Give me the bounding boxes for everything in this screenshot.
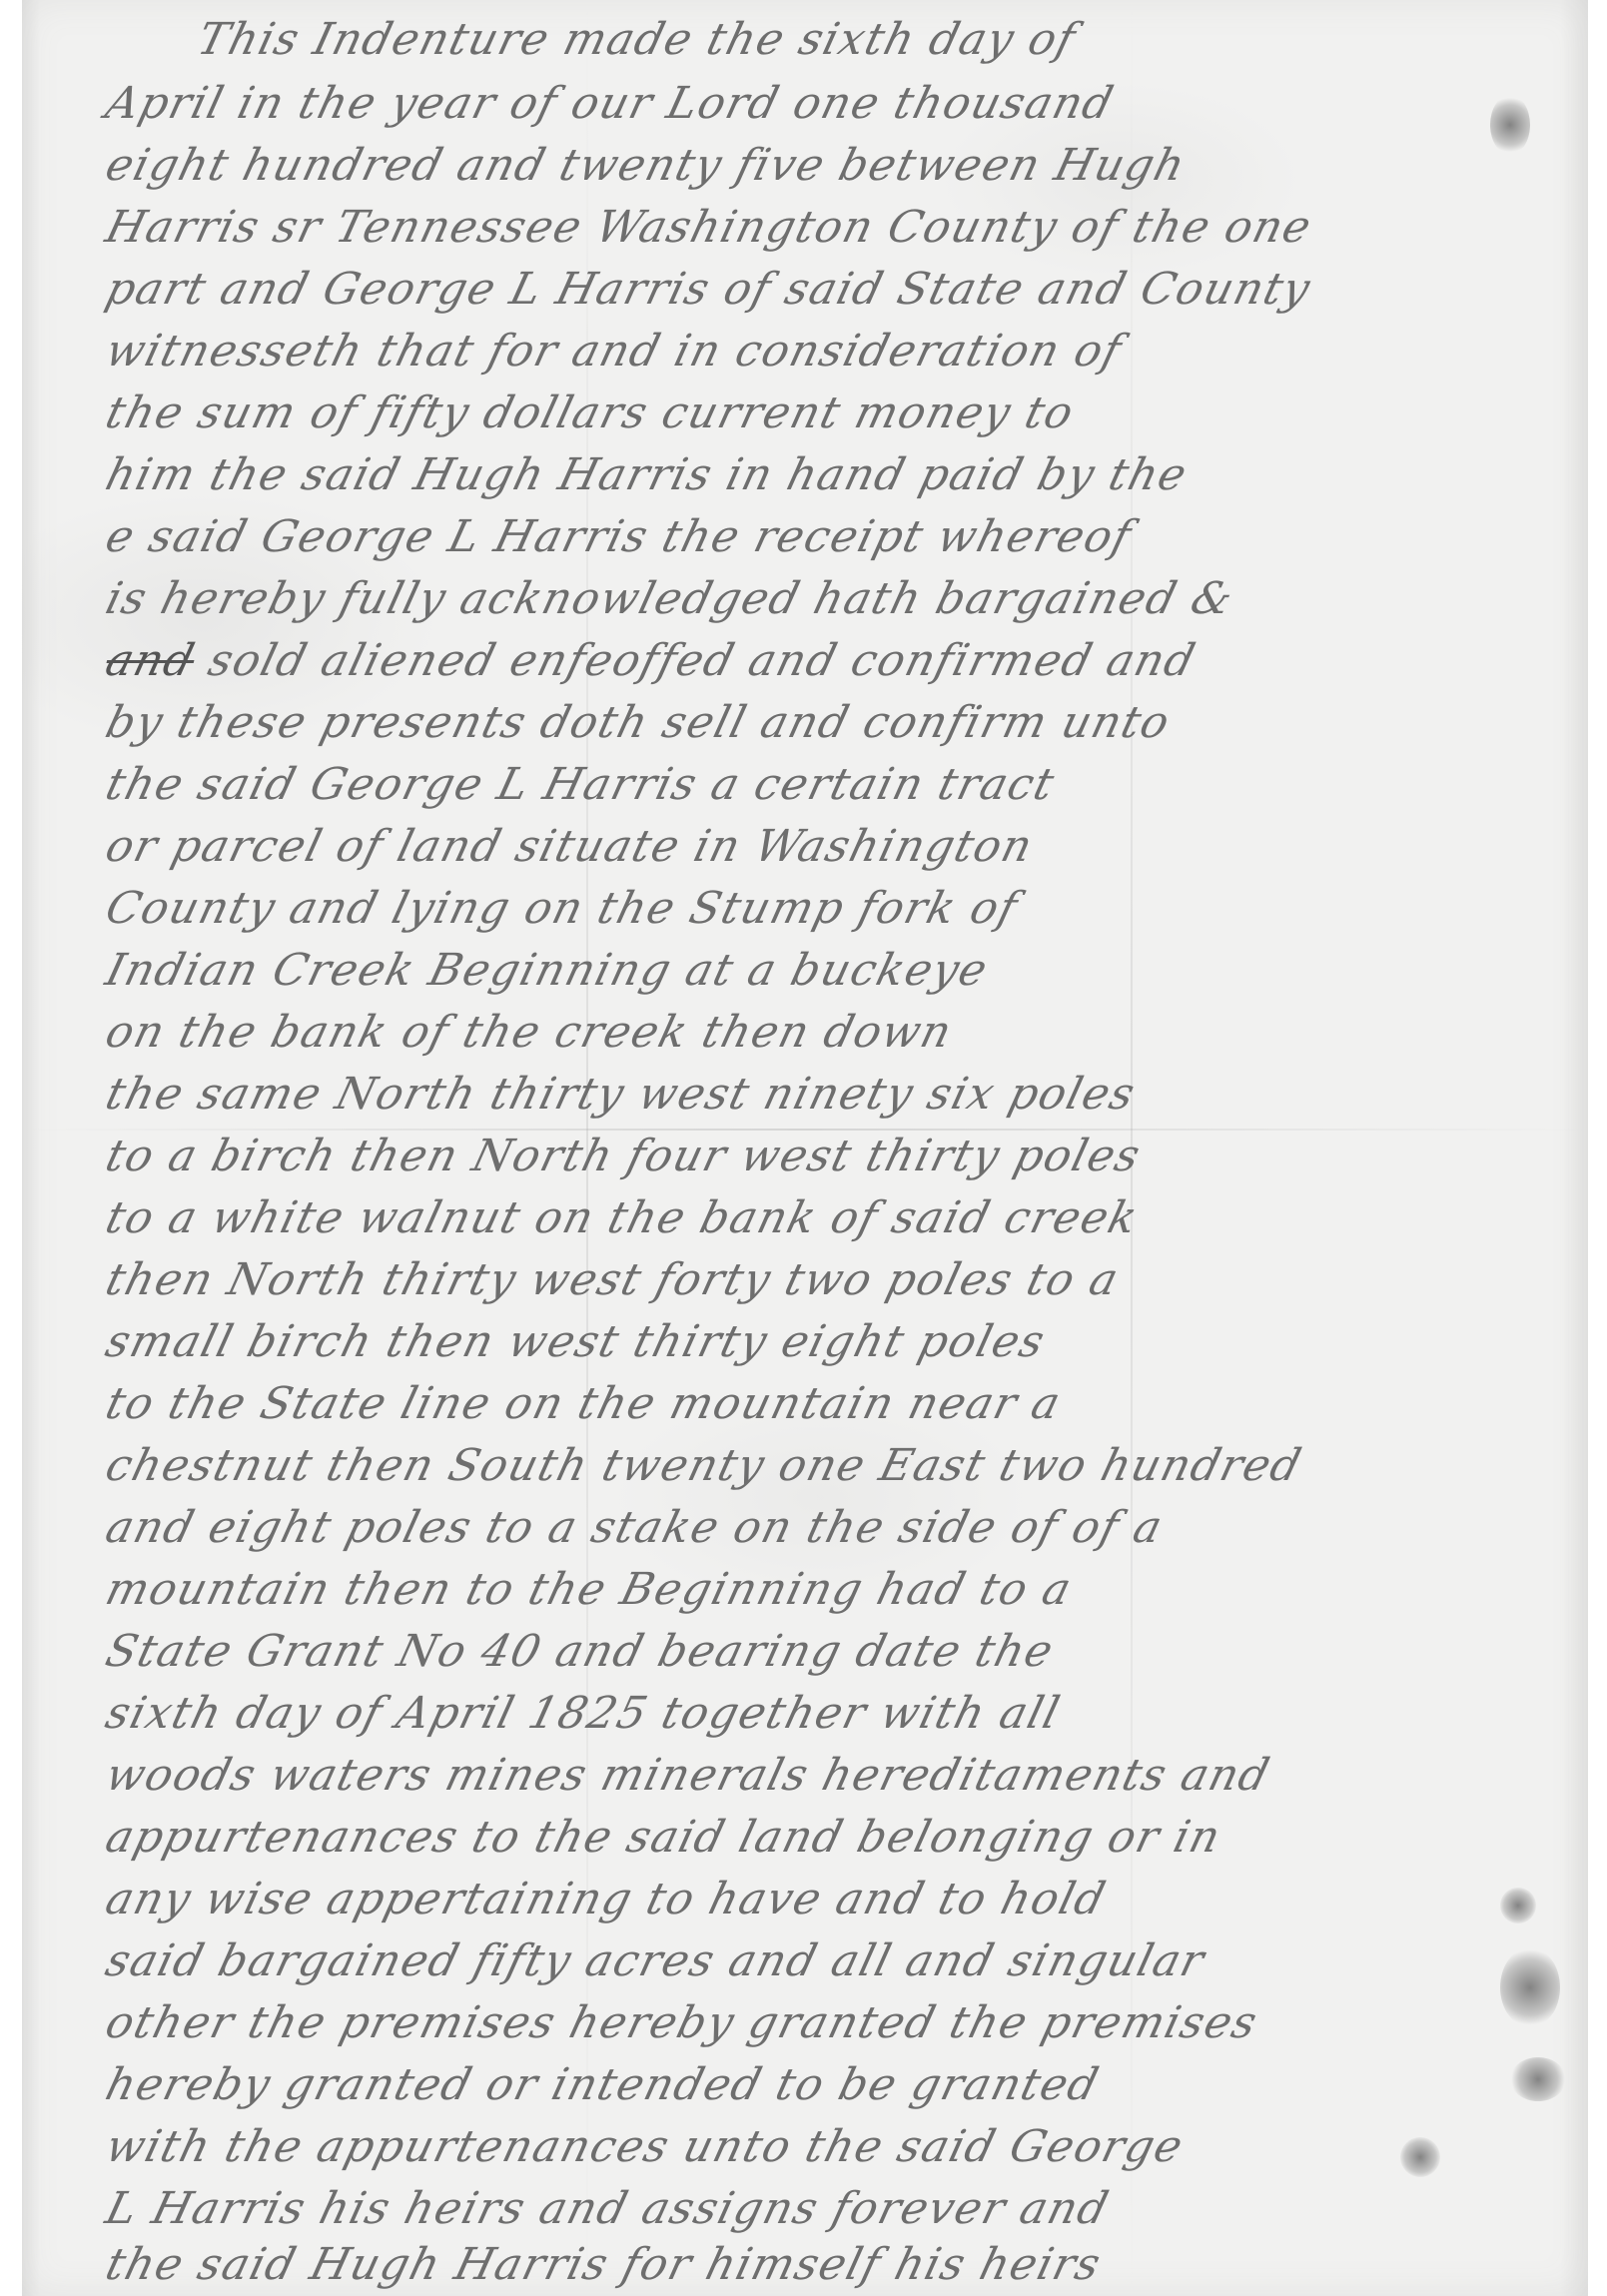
text-line: to the State line on the mountain near a [100,1376,1552,1432]
text-line: by these presents doth sell and confirm … [100,695,1552,751]
text-line: small birch then west thirty eight poles [100,1314,1552,1370]
text-line: and eight poles to a stake on the side o… [100,1500,1552,1556]
text-line: State Grant No 40 and bearing date the [100,1624,1552,1680]
text-line: April in the year of our Lord one thousa… [100,76,1552,132]
text-line: to a birch then North four west thirty p… [100,1129,1552,1184]
text-line: and sold aliened enfeoffed and confirmed… [100,633,1552,689]
text-line: mountain then to the Beginning had to a [100,1562,1552,1618]
handwritten-text: This Indenture made the sixth day of Apr… [22,0,1588,2296]
text-line: eight hundred and twenty five between Hu… [100,138,1552,194]
text-line: the sum of fifty dollars current money t… [100,385,1552,441]
text-line: part and George L Harris of said State a… [100,262,1552,318]
struck-word: and [101,635,201,686]
text-line: This Indenture made the sixth day of [192,12,1607,68]
text-line: the said George L Harris a certain tract [100,757,1552,813]
text-line: chestnut then South twenty one East two … [100,1438,1552,1494]
text-line: on the bank of the creek then down [100,1005,1552,1061]
text-line: him the said Hugh Harris in hand paid by… [100,447,1552,503]
text-line: other the premises hereby granted the pr… [100,1995,1552,2051]
text-line: woods waters mines minerals hereditament… [100,1748,1552,1804]
text-line: to a white walnut on the bank of said cr… [100,1190,1552,1246]
text-line: Harris sr Tennessee Washington County of… [100,200,1552,256]
text-line: the said Hugh Harris for himself his hei… [100,2237,1552,2293]
text-line: then North thirty west forty two poles t… [100,1252,1552,1308]
text-line: sixth day of April 1825 together with al… [100,1686,1552,1742]
text-line: any wise appertaining to have and to hol… [100,1872,1552,1927]
text-line: witnesseth that for and in consideration… [100,324,1552,380]
text-line: with the appurtenances unto the said Geo… [100,2119,1552,2175]
text-line: appurtenances to the said land belonging… [100,1810,1552,1866]
text-line: County and lying on the Stump fork of [100,881,1552,937]
text-line: L Harris his heirs and assigns forever a… [100,2181,1552,2237]
text-line: e said George L Harris the receipt where… [100,509,1552,565]
text-line: is hereby fully acknowledged hath bargai… [100,571,1552,627]
text-line: said bargained fifty acres and all and s… [100,1933,1552,1989]
text-line: the same North thirty west ninety six po… [100,1067,1552,1123]
manuscript-page: This Indenture made the sixth day of Apr… [22,0,1588,2296]
text-line: or parcel of land situate in Washington [100,819,1552,875]
text-line: Indian Creek Beginning at a buckeye [100,943,1552,999]
text-line: hereby granted or intended to be granted [100,2057,1552,2113]
